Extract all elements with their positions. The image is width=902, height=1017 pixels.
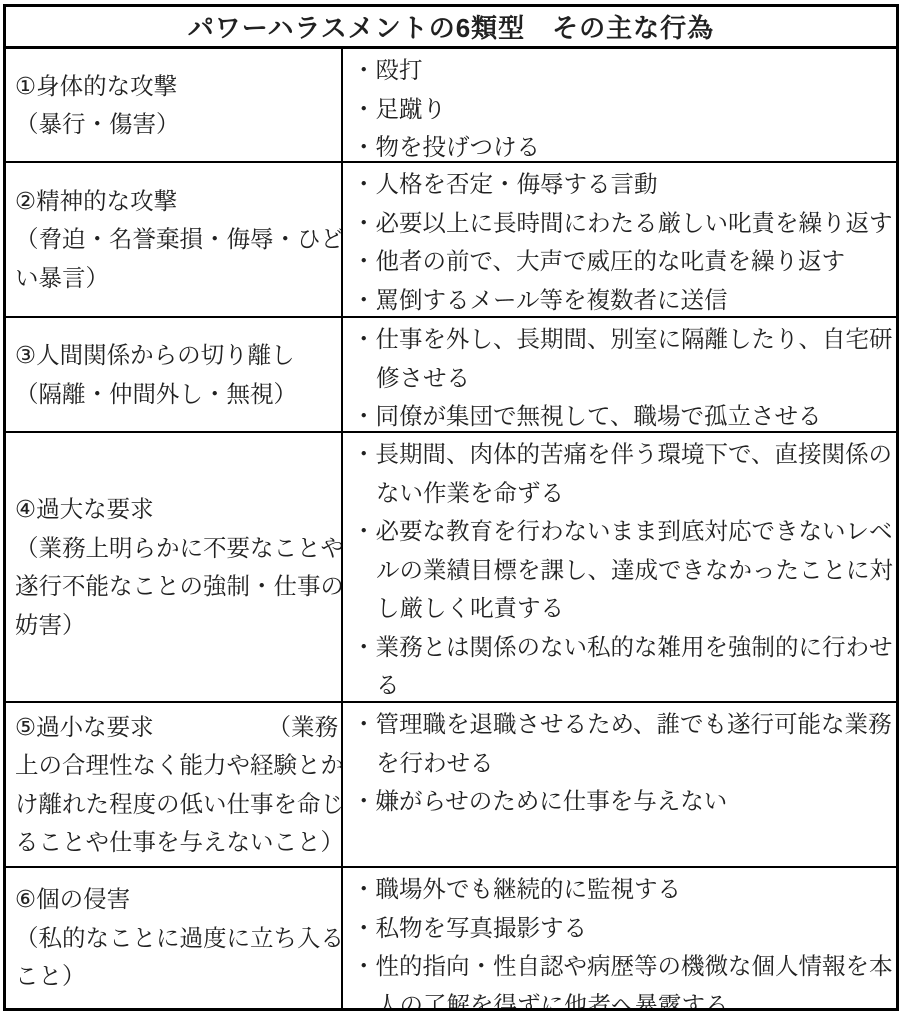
type-line: ⑤過小な要求（業務: [15, 708, 341, 747]
type-line: （脅迫・名誉棄損・侮辱・ひど: [15, 220, 341, 259]
behavior-item: ・業務とは関係のない私的な雑用を強制的に行わせる: [352, 628, 894, 702]
behavior-item: ・他者の前で、大声で威圧的な叱責を繰り返す: [352, 242, 894, 281]
type-line: ⑥個の侵害: [15, 880, 341, 919]
table-row: ②精神的な攻撃（脅迫・名誉棄損・侮辱・ひどい暴言）・人格を否定・侮辱する言動・必…: [6, 163, 896, 318]
harassment-types-table: パワーハラスメントの6類型 その主な行為 ①身体的な攻撃（暴行・傷害）・殴打・足…: [3, 4, 899, 1011]
behavior-item: ・管理職を退職させるため、誰でも遂行可能な業務を行わせる: [352, 705, 894, 782]
type-line: 遂行不能なことの強制・仕事の: [15, 567, 341, 606]
behavior-item: ・殴打: [352, 51, 894, 90]
behavior-item: ・長期間、肉体的苦痛を伴う環境下で、直接関係のない作業を命ずる: [352, 435, 894, 512]
type-cell: ⑤過小な要求（業務上の合理性なく能力や経験とかけ離れた程度の低い仕事を命じること…: [6, 703, 343, 866]
type-cell: ②精神的な攻撃（脅迫・名誉棄損・侮辱・ひどい暴言）: [6, 163, 343, 316]
table-title: パワーハラスメントの6類型 その主な行為: [6, 7, 896, 49]
behavior-item: ・人格を否定・侮辱する言動: [352, 165, 894, 204]
behavior-item: ・必要以上に長時間にわたる厳しい叱責を繰り返す: [352, 204, 894, 243]
table-row: ③人間関係からの切り離し（隔離・仲間外し・無視）・仕事を外し、長期間、別室に隔離…: [6, 318, 896, 433]
behavior-item: ・足蹴り: [352, 90, 894, 129]
behavior-item: ・罵倒するメール等を複数者に送信: [352, 281, 894, 317]
type-line: こと）: [15, 957, 341, 996]
behaviors-cell: ・長期間、肉体的苦痛を伴う環境下で、直接関係のない作業を命ずる・必要な教育を行わ…: [343, 433, 896, 701]
behavior-item: ・私物を写真撮影する: [352, 909, 894, 948]
behavior-item: ・必要な教育を行わないまま到底対応できないレベルの業績目標を課し、達成できなかっ…: [352, 512, 894, 628]
type-line: ②精神的な攻撃: [15, 182, 341, 221]
type-line: 上の合理性なく能力や経験とか: [15, 746, 341, 785]
type-line: ることや仕事を与えないこと）: [15, 823, 341, 862]
behavior-item: ・性的指向・性自認や病歴等の機微な個人情報を本人の了解を得ずに他者へ暴露する: [352, 947, 894, 1008]
type-line: ④過大な要求: [15, 490, 341, 529]
type-line-part: （業務: [268, 708, 339, 747]
behavior-item: ・職場外でも継続的に監視する: [352, 870, 894, 909]
table-row: ⑥個の侵害（私的なことに過度に立ち入ること）・職場外でも継続的に監視する・私物を…: [6, 868, 896, 1008]
type-cell: ④過大な要求（業務上明らかに不要なことや遂行不能なことの強制・仕事の妨害）: [6, 433, 343, 701]
table-body: ①身体的な攻撃（暴行・傷害）・殴打・足蹴り・物を投げつける②精神的な攻撃（脅迫・…: [6, 49, 896, 1008]
type-line: （隔離・仲間外し・無視）: [15, 375, 341, 414]
type-line: ①身体的な攻撃: [15, 67, 341, 106]
behaviors-cell: ・殴打・足蹴り・物を投げつける: [343, 49, 896, 161]
type-line-part: ⑤過小な要求: [15, 708, 154, 747]
type-line: 妨害）: [15, 606, 341, 645]
table-row: ⑤過小な要求（業務上の合理性なく能力や経験とかけ離れた程度の低い仕事を命じること…: [6, 703, 896, 868]
type-line: い暴言）: [15, 259, 341, 298]
behaviors-cell: ・職場外でも継続的に監視する・私物を写真撮影する・性的指向・性自認や病歴等の機微…: [343, 868, 896, 1008]
behavior-item: ・仕事を外し、長期間、別室に隔離したり、自宅研修させる: [352, 320, 894, 397]
type-line: （私的なことに過度に立ち入る: [15, 919, 341, 958]
behavior-item: ・物を投げつける: [352, 128, 894, 161]
type-line: け離れた程度の低い仕事を命じ: [15, 785, 341, 824]
table-row: ①身体的な攻撃（暴行・傷害）・殴打・足蹴り・物を投げつける: [6, 49, 896, 163]
type-cell: ⑥個の侵害（私的なことに過度に立ち入ること）: [6, 868, 343, 1008]
type-cell: ③人間関係からの切り離し（隔離・仲間外し・無視）: [6, 318, 343, 431]
type-line: ③人間関係からの切り離し: [15, 336, 341, 375]
type-line: （業務上明らかに不要なことや: [15, 529, 341, 568]
type-line: （暴行・傷害）: [15, 105, 341, 144]
behaviors-cell: ・管理職を退職させるため、誰でも遂行可能な業務を行わせる・嫌がらせのために仕事を…: [343, 703, 896, 866]
page: { "title": "パワーハラスメントの6類型 その主な行為", "colo…: [0, 0, 902, 1017]
behavior-item: ・同僚が集団で無視して、職場で孤立させる: [352, 397, 894, 431]
table-row: ④過大な要求（業務上明らかに不要なことや遂行不能なことの強制・仕事の妨害）・長期…: [6, 433, 896, 703]
behavior-item: ・嫌がらせのために仕事を与えない: [352, 782, 894, 821]
behaviors-cell: ・仕事を外し、長期間、別室に隔離したり、自宅研修させる・同僚が集団で無視して、職…: [343, 318, 896, 431]
type-cell: ①身体的な攻撃（暴行・傷害）: [6, 49, 343, 161]
behaviors-cell: ・人格を否定・侮辱する言動・必要以上に長時間にわたる厳しい叱責を繰り返す・他者の…: [343, 163, 896, 316]
